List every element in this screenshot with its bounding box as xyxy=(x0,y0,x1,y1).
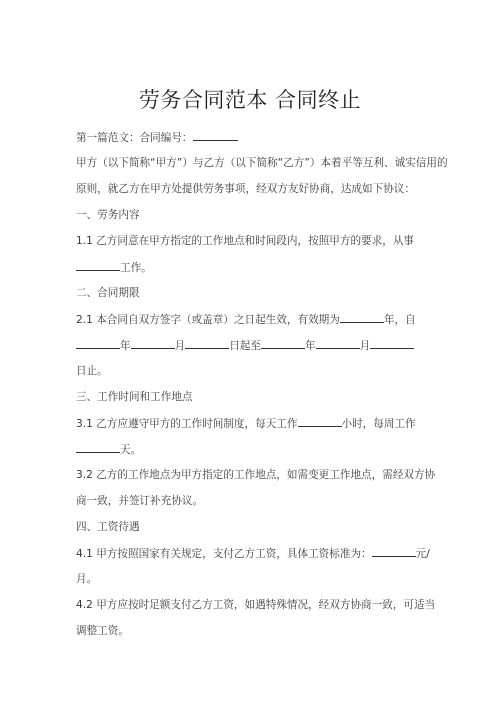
hours-per-day-blank xyxy=(298,416,342,427)
clause-text: 月 xyxy=(360,340,371,352)
clause-3-2-line-2: 商一致，并签订补充协议。 xyxy=(76,494,203,508)
clause-text: 年 xyxy=(120,340,131,352)
contract-number-blank xyxy=(193,130,238,141)
clause-text: 天。 xyxy=(120,444,141,456)
clause-text: 4.1 甲方按照国家有关规定，支付乙方工资，具体工资标准为： xyxy=(76,548,372,560)
clause-3-1-line-1: 3.1 乙方应遵守甲方的工作时间制度，每天工作小时，每周工作 xyxy=(76,416,416,431)
section-heading-4: 四、工资待遇 xyxy=(76,520,140,534)
preamble-line-1: 甲方（以下简称“甲方”）与乙方（以下简称“乙方”）本着平等互利、诚实信用的 xyxy=(76,156,448,170)
contract-number-line: 第一篇范文：合同编号： xyxy=(76,130,238,145)
end-day-blank xyxy=(370,338,414,349)
clause-4-2-line-2: 调整工资。 xyxy=(76,624,129,638)
clause-text: 日起至 xyxy=(229,340,261,352)
term-years-blank xyxy=(340,312,384,323)
clause-text: 年，自 xyxy=(384,314,416,326)
clause-text: 工作。 xyxy=(120,262,152,274)
clause-2-1-line-2: 年月日起至年月 xyxy=(76,338,414,353)
contract-number-label: 第一篇范文：合同编号： xyxy=(76,132,193,144)
start-year-blank xyxy=(76,338,120,349)
clause-text: 年 xyxy=(305,340,316,352)
clause-2-1-line-1: 2.1 本合同自双方签字（或盖章）之日起生效，有效期为年，自 xyxy=(76,312,416,327)
preamble-line-2: 原则，就乙方在甲方处提供劳务事项，经双方友好协商，达成如下协议： xyxy=(76,182,415,196)
clause-3-1-line-2: 天。 xyxy=(76,442,141,457)
job-blank xyxy=(76,260,120,271)
clause-2-1-line-3: 日止。 xyxy=(76,364,108,378)
document-page: 劳务合同范本 合同终止 第一篇范文：合同编号： 甲方（以下简称“甲方”）与乙方（… xyxy=(0,0,500,707)
clause-1-1-line-1: 1.1 乙方同意在甲方指定的工作地点和时间段内，按照甲方的要求，从事 xyxy=(76,234,414,248)
clause-text: 月 xyxy=(175,340,186,352)
end-month-blank xyxy=(316,338,360,349)
clause-text: 2.1 本合同自双方签字（或盖章）之日起生效，有效期为 xyxy=(76,314,340,326)
clause-4-1-line-2: 月。 xyxy=(76,572,97,586)
clause-text: 元/ xyxy=(416,548,430,560)
clause-3-2-line-1: 3.2 乙方的工作地点为甲方指定的工作地点，如需变更工作地点，需经双方协 xyxy=(76,468,435,482)
clause-text: 小时，每周工作 xyxy=(342,418,416,430)
clause-1-1-line-2: 工作。 xyxy=(76,260,152,275)
days-per-week-blank xyxy=(76,442,120,453)
section-heading-3: 三、工作时间和工作地点 xyxy=(76,390,193,404)
clause-4-2-line-1: 4.2 甲方应按时足额支付乙方工资，如遇特殊情况，经双方协商一致，可适当 xyxy=(76,598,435,612)
salary-blank xyxy=(372,546,416,557)
document-title: 劳务合同范本 合同终止 xyxy=(0,84,500,114)
clause-text: 3.1 乙方应遵守甲方的工作时间制度，每天工作 xyxy=(76,418,298,430)
section-heading-2: 二、合同期限 xyxy=(76,286,140,300)
end-year-blank xyxy=(261,338,305,349)
clause-4-1-line-1: 4.1 甲方按照国家有关规定，支付乙方工资，具体工资标准为：元/ xyxy=(76,546,430,561)
section-heading-1: 一、劳务内容 xyxy=(76,208,140,222)
start-month-blank xyxy=(131,338,175,349)
start-day-blank xyxy=(185,338,229,349)
